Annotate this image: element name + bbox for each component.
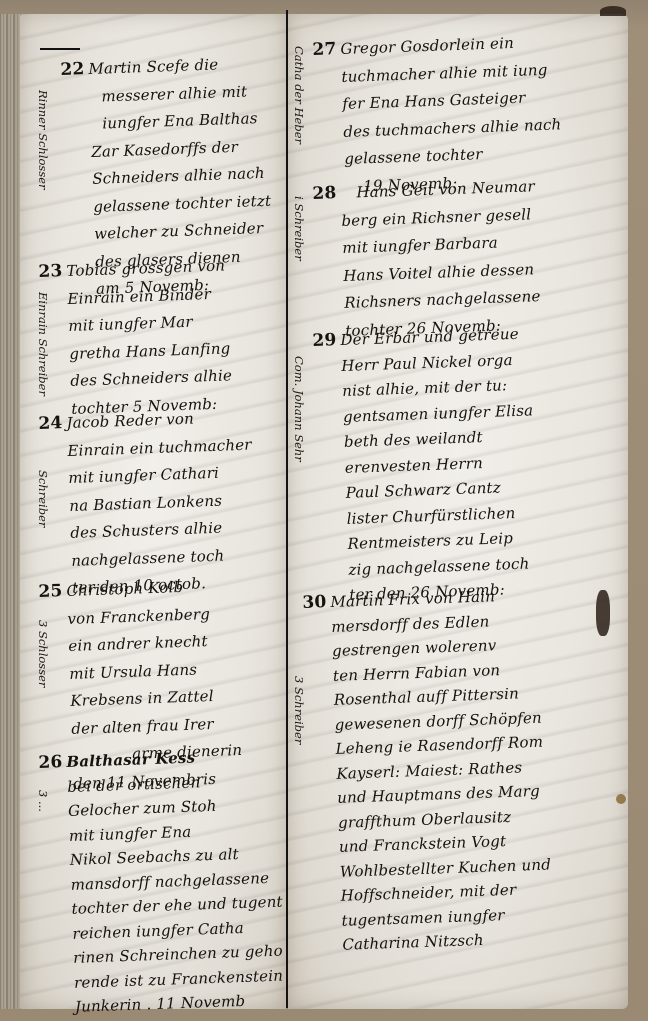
register-entry-29: 29 Der Erbar und getreue Herr Paul Nicke…	[340, 321, 540, 608]
margin-note: Com. Johann Sehr	[292, 356, 306, 462]
entry-number: 28	[312, 180, 337, 208]
margin-note: Einrain Schreiber	[36, 292, 50, 396]
entry-number: 25	[38, 578, 63, 606]
entry-number: 29	[312, 328, 337, 354]
register-entry-23: 23 Tobias grossgen von Einrain ein Binde…	[66, 252, 233, 423]
margin-note: 3 ...	[36, 790, 50, 812]
entry-number: 26	[38, 750, 63, 775]
entry-number: 23	[38, 258, 63, 286]
register-entry-28: 28 Hans Geit von Neumar berg ein Richsne…	[340, 173, 542, 345]
register-entry-30: 30 Martin Frix von Hain mersdorff des Ed…	[330, 583, 554, 958]
margin-note: Catha der Heber	[292, 46, 306, 144]
center-rule-line	[286, 10, 288, 1008]
entry-number: 22	[60, 56, 85, 84]
header-dash	[40, 48, 80, 50]
margin-note: Rinner Schlosser	[36, 90, 50, 190]
book-scan: 22 Martin Scefe die messerer alhie mit i…	[0, 0, 648, 1021]
entry-line: Einrain ein Binder	[67, 280, 230, 313]
page-stack-edge	[0, 14, 22, 1009]
entry-number: 30	[302, 590, 327, 615]
margin-note: 3 Schlosser	[36, 620, 50, 687]
wax-spot	[616, 794, 626, 804]
margin-note: i Schreiber	[292, 196, 306, 261]
register-entry-26: 26 Balthasar Kess bei der ortischen Gelo…	[66, 743, 287, 1020]
corner-damage	[600, 6, 626, 16]
entry-number: 24	[38, 410, 63, 438]
ink-stain	[596, 590, 610, 636]
margin-note: Schreiber	[36, 470, 50, 527]
margin-note: 3 Schreiber	[292, 676, 306, 744]
entry-number: 27	[312, 36, 337, 64]
